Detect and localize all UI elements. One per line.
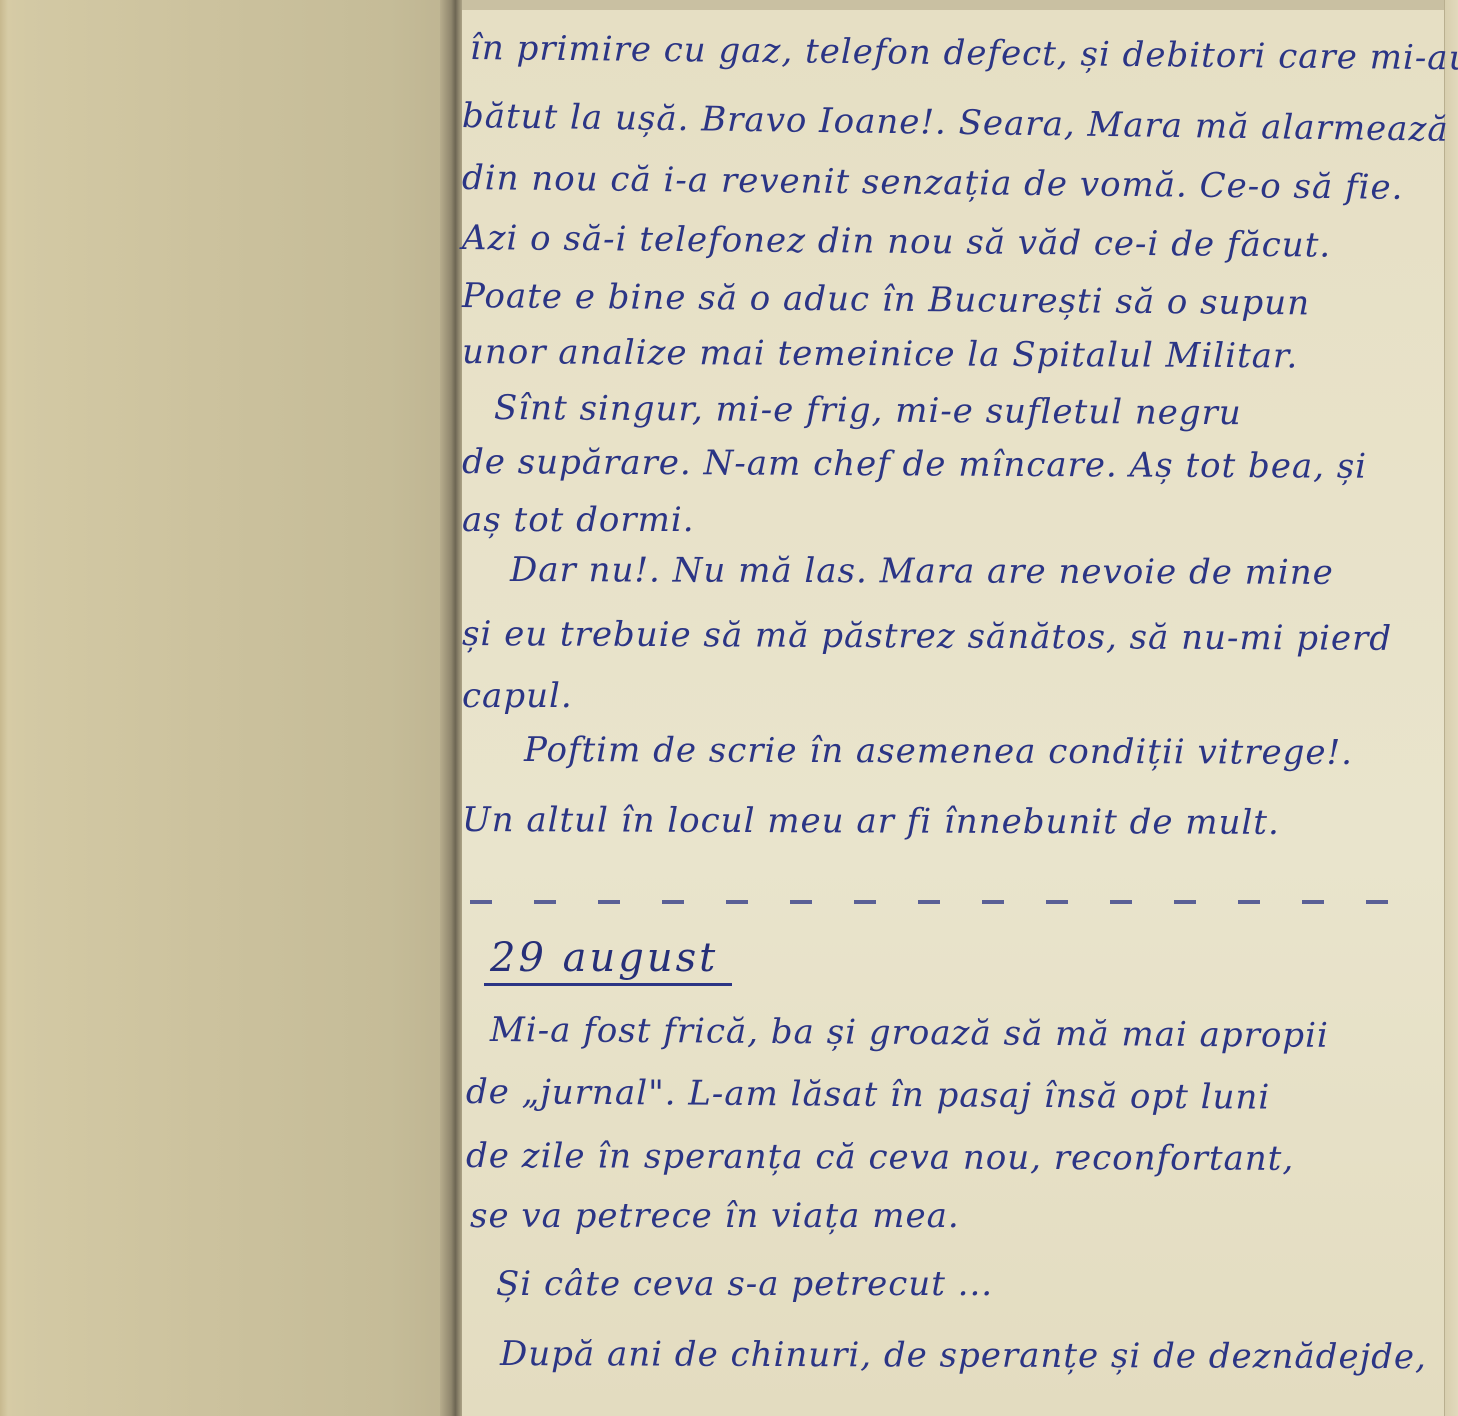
text-line: de „jurnal". L-am lăsat în pasaj însă op… bbox=[466, 1072, 1271, 1118]
text-line: de zile în speranța că ceva nou, reconfo… bbox=[466, 1136, 1294, 1179]
text-line: aș tot dormi. bbox=[462, 500, 695, 540]
notebook-spread: în primire cu gaz, telefon defect, și de… bbox=[0, 0, 1458, 1416]
text-line: Azi o să-i telefonez din nou să văd ce-i… bbox=[462, 218, 1331, 266]
text-line: se va petrece în viața mea. bbox=[470, 1196, 960, 1236]
text-line: capul. bbox=[462, 676, 573, 716]
left-blank-page bbox=[0, 0, 458, 1416]
text-line: Poftim de scrie în asemenea condiții vit… bbox=[524, 730, 1353, 773]
text-line: Mi-a fost frică, ba și groază să mă mai … bbox=[490, 1010, 1329, 1056]
entry-separator-dashes bbox=[470, 900, 1430, 904]
text-line: După ani de chinuri, de speranțe și de d… bbox=[500, 1334, 1427, 1377]
text-line: și eu trebuie să mă păstrez sănătos, să … bbox=[462, 614, 1392, 659]
text-line: unor analize mai temeinice la Spitalul M… bbox=[462, 332, 1298, 376]
text-line: Și câte ceva s-a petrecut ... bbox=[496, 1264, 993, 1304]
text-line: Dar nu!. Nu mă las. Mara are nevoie de m… bbox=[510, 550, 1334, 593]
text-line: Poate e bine să o aduc în București să o… bbox=[462, 276, 1310, 323]
text-line: Sînt singur, mi-e frig, mi-e sufletul ne… bbox=[494, 388, 1242, 433]
page-edge bbox=[1444, 0, 1458, 1416]
text-line: Un altul în locul meu ar fi înnebunit de… bbox=[462, 800, 1280, 843]
text-line: de supărare. N-am chef de mîncare. Aș to… bbox=[462, 442, 1367, 487]
entry-date-heading: 29 august bbox=[484, 935, 732, 986]
